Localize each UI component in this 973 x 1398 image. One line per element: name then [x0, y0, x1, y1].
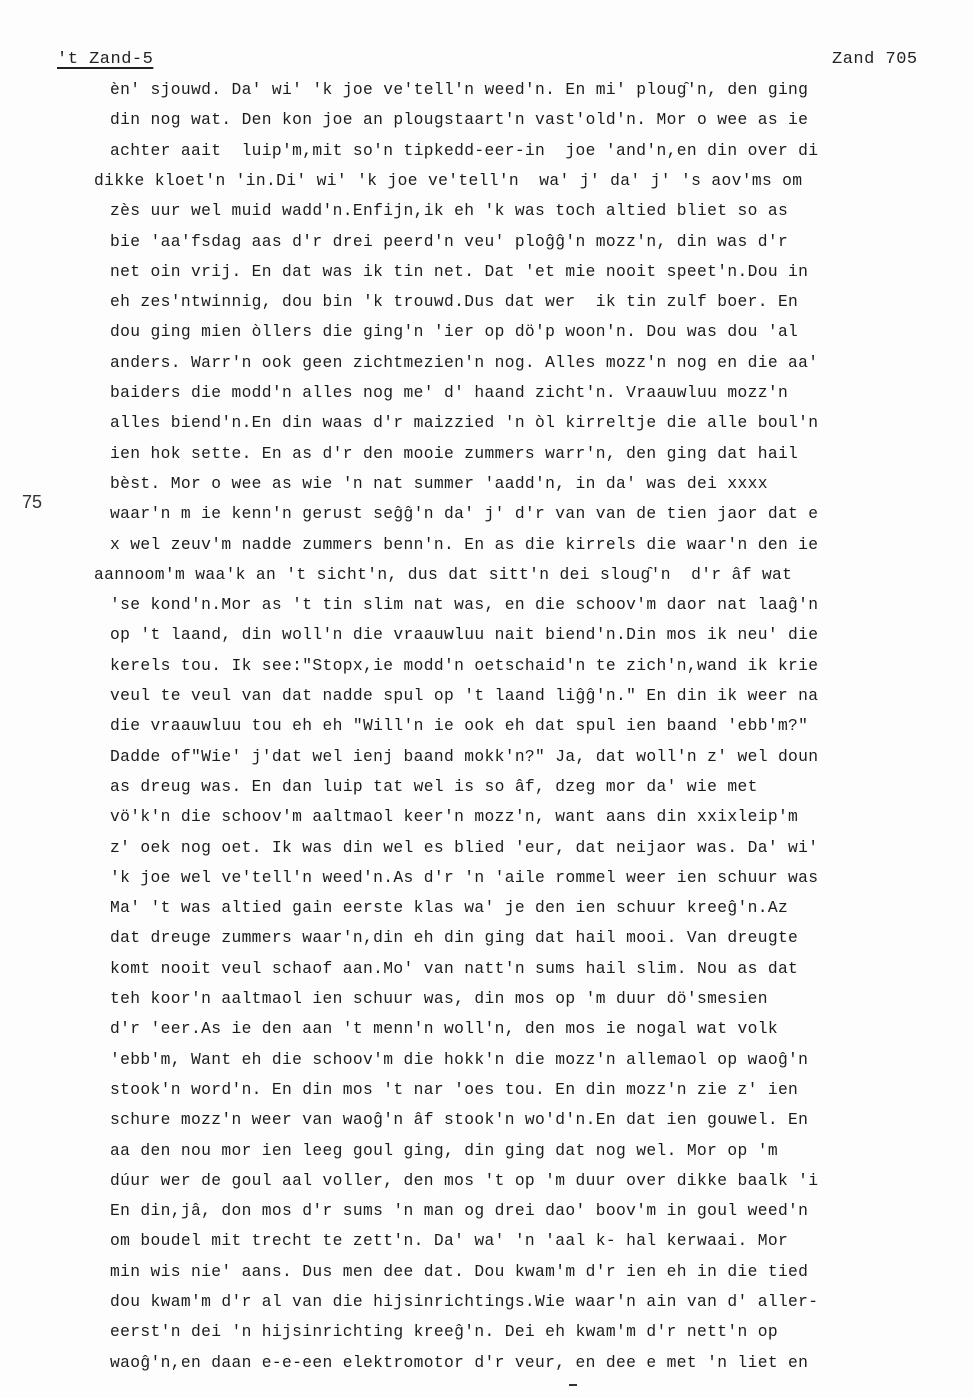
text-line: komt nooit veul schaof aan.Mo' van natt'… [110, 959, 798, 979]
text-line: 'ebb'm, Want eh die schoov'm die hokk'n … [110, 1050, 808, 1070]
text-line: ien hok sette. En as d'r den mooie zumme… [110, 444, 798, 464]
text-line: waar'n m ie kenn'n gerust seĝĝ'n da' j' … [110, 504, 818, 524]
text-line: waoĝ'n,en daan e-e-een elektromotor d'r … [110, 1353, 808, 1373]
text-line: min wis nie' aans. Dus men dee dat. Dou … [110, 1262, 808, 1282]
typewritten-page: 't Zand-5 Zand 705 75 èn' sjouwd. Da' wi… [0, 0, 973, 1398]
text-line: veul te veul van dat nadde spul op 't la… [110, 686, 818, 706]
text-line: 'se kond'n.Mor as 't tin slim nat was, e… [110, 595, 818, 615]
page-header-reference: Zand 705 [832, 50, 918, 69]
page-bottom-mark [569, 1384, 577, 1386]
text-line: eh zes'ntwinnig, dou bin 'k trouwd.Dus d… [110, 292, 798, 312]
text-line: dúur wer de goul aal voller, den mos 't … [110, 1171, 818, 1191]
text-line: kerels tou. Ik see:"Stopx,ie modd'n oets… [110, 656, 818, 676]
text-line: x wel zeuv'm nadde zummers benn'n. En as… [110, 535, 818, 555]
text-line: dat dreuge zummers waar'n,din eh din gin… [110, 928, 798, 948]
text-line: d'r 'eer.As ie den aan 't menn'n woll'n,… [110, 1019, 778, 1039]
text-line: eerst'n dei 'n hijsinrichting kreeĝ'n. D… [110, 1322, 778, 1342]
text-line: baiders die modd'n alles nog me' d' haan… [110, 383, 788, 403]
page-header-title: 't Zand-5 [57, 50, 153, 69]
text-line: dikke kloet'n 'in.Di' wi' 'k joe ve'tell… [94, 171, 802, 191]
text-line: schure mozz'n weer van waoĝ'n âf stook'n… [110, 1110, 808, 1130]
text-line: as dreug was. En dan luip tat wel is so … [110, 777, 758, 797]
text-line: dou ging mien òllers die ging'n 'ier op … [110, 322, 798, 342]
text-line: dou kwam'm d'r al van die hijsinrichting… [110, 1292, 818, 1312]
text-line: bie 'aa'fsdag aas d'r drei peerd'n veu' … [110, 232, 788, 252]
text-line: stook'n word'n. En din mos 't nar 'oes t… [110, 1080, 798, 1100]
text-line: vö'k'n die schoov'm aaltmaol keer'n mozz… [110, 807, 798, 827]
text-line: net oin vrij. En dat was ik tin net. Dat… [110, 262, 808, 282]
text-line: achter aait luip'm,mit so'n tipkedd-eer-… [110, 141, 818, 161]
text-line: bèst. Mor o wee as wie 'n nat summer 'aa… [110, 474, 768, 494]
text-line: din nog wat. Den kon joe an plougstaart'… [110, 110, 808, 130]
text-line: om boudel mit trecht te zett'n. Da' wa' … [110, 1231, 788, 1251]
margin-line-number: 75 [22, 492, 42, 513]
text-line: die vraauwluu tou eh eh "Will'n ie ook e… [110, 716, 808, 736]
text-line: anders. Warr'n ook geen zichtmezien'n no… [110, 353, 818, 373]
text-line: En din,jâ, don mos d'r sums 'n man og dr… [110, 1201, 808, 1221]
text-line: èn' sjouwd. Da' wi' 'k joe ve'tell'n wee… [110, 80, 808, 100]
text-line: aannoom'm waa'k an 't sicht'n, dus dat s… [94, 565, 792, 585]
text-line: z' oek nog oet. Ik was din wel es blied … [110, 838, 818, 858]
text-line: alles biend'n.En din waas d'r maizzied '… [110, 413, 818, 433]
text-line: teh koor'n aaltmaol ien schuur was, din … [110, 989, 768, 1009]
text-line: aa den nou mor ien leeg goul ging, din g… [110, 1141, 778, 1161]
text-line: Dadde of"Wie' j'dat wel ienj baand mokk'… [110, 747, 818, 767]
text-line: 'k joe wel ve'tell'n weed'n.As d'r 'n 'a… [110, 868, 818, 888]
text-line: Ma' 't was altied gain eerste klas wa' j… [110, 898, 788, 918]
text-line: zès uur wel muid wadd'n.Enfijn,ik eh 'k … [110, 201, 788, 221]
text-line: op 't laand, din woll'n die vraauwluu na… [110, 625, 818, 645]
